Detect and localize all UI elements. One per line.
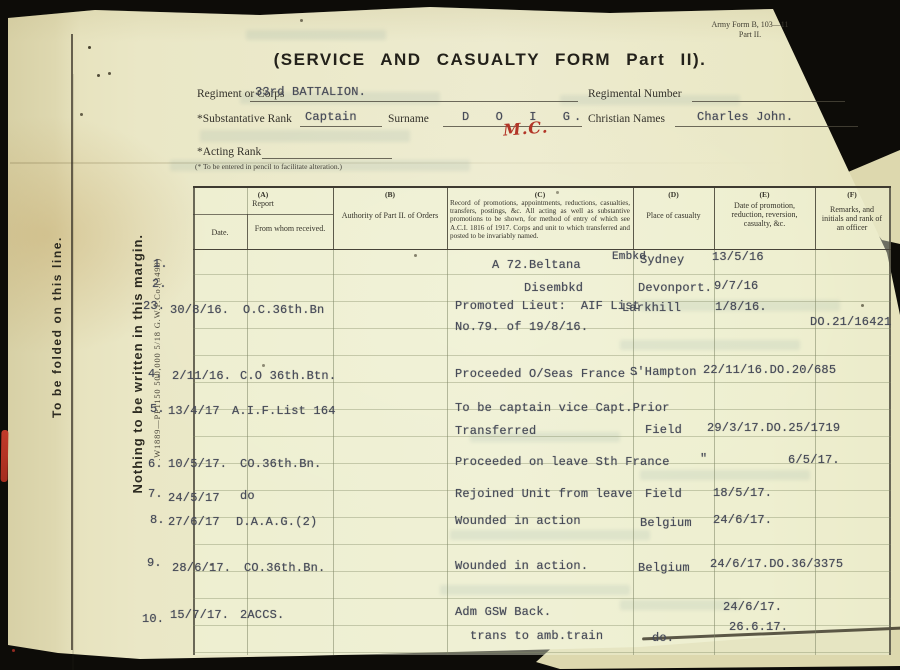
fold-instruction-text: To be folded on this line. — [50, 236, 64, 418]
row-record-line2: No.79. of 19/8/16. — [455, 320, 588, 334]
col-f-letter: (F) — [815, 188, 889, 199]
col-c-title: Record of promotions, appointments, redu… — [447, 199, 633, 240]
regimental-number-underline — [692, 101, 845, 102]
col-a-letter: (A) — [193, 188, 333, 199]
row-date: 28/6/17. — [172, 561, 231, 575]
row-date-of-event: 1/8/16. — [715, 300, 767, 314]
red-ink-mark — [1, 430, 9, 482]
row-place: " — [700, 452, 707, 466]
row-number: 8. — [150, 513, 165, 527]
christian-names-underline — [675, 126, 858, 127]
col-d-title: Place of casualty — [633, 199, 714, 220]
fold-line-rule — [71, 34, 73, 650]
col-a-date-label: Date. — [193, 228, 247, 237]
row-date: 2/11/16. — [172, 369, 231, 383]
row-number: 4. — [148, 367, 163, 381]
row-date: 13/4/17 — [168, 404, 220, 418]
row-from: do — [240, 489, 255, 503]
row-date: 10/5/17. — [168, 457, 227, 471]
row-record-line2: Transferred — [455, 424, 536, 438]
row-date-of-event: 29/3/17.DO.25/1719 — [707, 421, 840, 435]
row-from: C.O 36th.Btn. — [240, 369, 336, 383]
row-date-of-event: 24/6/17. — [713, 513, 772, 527]
row-place: Larkhill — [622, 301, 681, 315]
substantive-rank-label: *Substantative Rank — [197, 113, 292, 125]
row-from: A.I.F.List 164 — [232, 404, 336, 418]
regimental-number-label: Regimental Number — [588, 88, 682, 100]
row-number: 2. — [152, 277, 167, 291]
row-record: Promoted Lieut: AIF List — [455, 299, 640, 313]
row-from: O.C.36th.Bn — [243, 303, 324, 317]
bleed-through-smudge — [200, 130, 410, 142]
christian-names-label: Christian Names — [588, 113, 665, 125]
row-record: Proceeded O/Seas France · — [455, 367, 640, 381]
row-record: Wounded in action. — [455, 559, 588, 573]
row-place: Devonport. — [638, 281, 712, 295]
surname-label: Surname — [388, 113, 429, 125]
row-date: 27/6/17 — [168, 515, 220, 529]
form-code: Army Form B, 103—11 — [711, 20, 788, 29]
row-date-of-event: 22/11/16.DO.20/685 — [703, 363, 836, 377]
row-record: Disembkd — [524, 281, 583, 295]
substantive-rank-value: Captain — [305, 110, 357, 124]
acting-rank-label: *Acting Rank — [197, 146, 261, 158]
row-from: CO.36th.Bn. — [244, 561, 325, 575]
row-number: 1. — [153, 257, 168, 271]
row-record-line2: trans to amb.train — [470, 629, 603, 643]
row-date-of-event: 6/5/17. — [788, 453, 840, 467]
row-number: 6. — [148, 457, 163, 471]
row-number: 23. — [143, 299, 165, 313]
col-e-letter: (E) — [714, 188, 815, 199]
col-c-header: (C) Record of promotions, appointments, … — [447, 188, 633, 249]
margin-instruction-text: Nothing to be written in this margin. — [130, 234, 145, 493]
row-place: Belgium — [640, 516, 692, 530]
col-e-title: Date of promotion, reduction, reversion,… — [714, 199, 815, 228]
col-b-title: Authority of Part II. of Orders — [333, 199, 447, 220]
row-remarks: DO.21/16421 — [810, 315, 891, 329]
row-place: Field — [645, 423, 682, 437]
row-date-of-event: 13/5/16 — [712, 250, 764, 264]
form-title: (SERVICE AND CASUALTY FORM Part II). — [225, 50, 755, 70]
christian-names-value: Charles John. — [697, 110, 793, 124]
bleed-through-smudge — [246, 30, 386, 40]
row-record: Adm GSW Back. — [455, 605, 551, 619]
col-e-header: (E) Date of promotion, reduction, revers… — [714, 188, 815, 249]
form-part: Part II. — [739, 30, 761, 39]
pencil-footnote: (* To be entered in pencil to facilitate… — [195, 162, 342, 171]
col-f-header: (F) Remarks, and initials and rank of an… — [815, 188, 889, 249]
row-place: do. — [652, 631, 674, 645]
acting-rank-underline — [262, 158, 392, 159]
row-record: Proceeded on leave Sth France — [455, 455, 670, 469]
row-place: Sydney — [640, 253, 684, 267]
col-d-header: (D) Place of casualty — [633, 188, 714, 249]
col-b-header: (B) Authority of Part II. of Orders — [333, 188, 447, 249]
col-f-title: Remarks, and initials and rank of an off… — [815, 199, 889, 232]
row-record: A 72.Beltana — [492, 258, 581, 272]
col-a-header: (A) Report — [193, 188, 333, 249]
paper-specks — [88, 46, 91, 49]
col-b-letter: (B) — [333, 188, 447, 199]
row-date: 15/7/17. — [170, 608, 229, 622]
military-cross-annotation: M.C. — [502, 117, 549, 139]
table-header: (A) Report Date. From whom received. (B)… — [193, 186, 891, 250]
col-a-title: Report — [193, 199, 333, 208]
row-record: Rejoined Unit from leave — [455, 487, 633, 501]
row-number: 10. — [142, 612, 164, 626]
form-code-block: Army Form B, 103—11 Part II. — [698, 20, 802, 40]
row-place: Belgium — [638, 561, 690, 575]
col-d-letter: (D) — [633, 188, 714, 199]
row-number: 9. — [147, 556, 162, 570]
row-date-of-event-line2: 26.6.17. — [729, 620, 788, 634]
row-place: Field — [645, 487, 682, 501]
col-c-letter: (C) — [447, 188, 633, 199]
regiment-underline — [250, 101, 578, 102]
row-from: 2ACCS. — [240, 608, 284, 622]
row-from: CO.36th.Bn. — [240, 457, 321, 471]
row-date-of-event: 24/6/17. — [723, 600, 782, 614]
regiment-value: 33rd BATTALION. — [255, 85, 366, 99]
row-date-of-event: 24/6/17.DO.36/3375 — [710, 557, 843, 571]
row-number: 7. — [148, 487, 163, 501]
row-record: To be captain vice Capt.Prior — [455, 401, 670, 415]
row-date: 30/8/16. — [170, 303, 229, 317]
col-a-subdivider — [193, 214, 333, 215]
row-date-of-event: 18/5/17. — [713, 486, 772, 500]
row-number: 5. — [150, 402, 165, 416]
row-from: D.A.A.G.(2) — [236, 515, 317, 529]
row-date: 24/5/17 — [168, 491, 220, 505]
row-place: S'Hampton — [630, 365, 697, 379]
row-record: Wounded in action — [455, 514, 581, 528]
col-a-from-label: From whom received. — [247, 224, 333, 233]
rank-underline — [300, 126, 382, 127]
row-date-of-event: 9/7/16 — [714, 279, 758, 293]
